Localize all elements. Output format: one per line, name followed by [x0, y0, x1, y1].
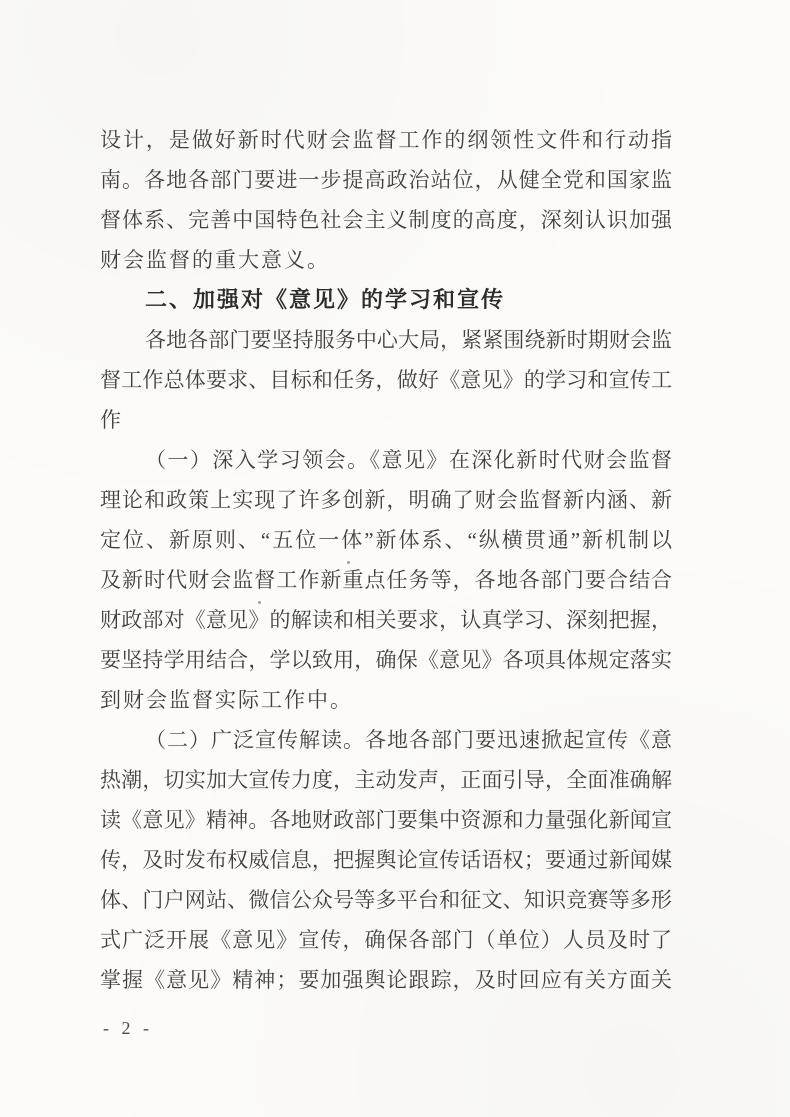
text-line: 读《意见》精神。各地财政部门要集中资源和力量强化新闻宣 — [100, 800, 672, 840]
text-line: 传，及时发布权威信息，把握舆论宣传话语权；要通过新闻媒 — [100, 840, 672, 880]
scan-speck — [258, 601, 261, 604]
text-line: 热潮，切实加大宣传力度，主动发声，正面引导，全面准确解 — [100, 760, 672, 800]
text-line: 体、门户网站、微信公众号等多平台和征文、知识竞赛等多形 — [100, 880, 672, 920]
text-line: 督工作总体要求、目标和任务，做好《意见》的学习和宣传工 — [100, 360, 672, 400]
text-line: 到财会监督实际工作中。 — [100, 680, 672, 720]
section-heading: 二、加强对《意见》的学习和宣传 — [100, 280, 672, 320]
text-line: （二）广泛宣传解读。各地各部门要迅速掀起宣传《意见》 — [100, 720, 672, 760]
scan-speck — [347, 561, 350, 564]
text-line: 各地各部门要坚持服务中心大局，紧紧围绕新时期财会监 — [100, 320, 672, 360]
text-line: 理论和政策上实现了许多创新，明确了财会监督新内涵、新 — [100, 480, 672, 520]
text-line: 要坚持学用结合，学以致用，确保《意见》各项具体规定落实 — [100, 640, 672, 680]
text-line: 设计，是做好新时代财会监督工作的纲领性文件和行动指 — [100, 120, 672, 160]
text-line: 督体系、完善中国特色社会主义制度的高度，深刻认识加强 — [100, 200, 672, 240]
text-line: 南。各地各部门要进一步提高政治站位，从健全党和国家监 — [100, 160, 672, 200]
text-line: （一）深入学习领会。《意见》在深化新时代财会监督 — [100, 440, 672, 480]
text-line: 掌握《意见》精神；要加强舆论跟踪，及时回应有关方面关切， — [100, 960, 672, 1000]
text-line: 财会监督的重大意义。 — [100, 240, 672, 280]
document-text-column: 设计，是做好新时代财会监督工作的纲领性文件和行动指 南。各地各部门要进一步提高政… — [100, 120, 672, 1000]
page-number: - 2 - — [103, 1008, 153, 1048]
text-line: 作 — [100, 400, 672, 440]
text-line: 定位、新原则、“五位一体”新体系、“纵横贯通”新机制以 — [100, 520, 672, 560]
text-line: 式广泛开展《意见》宣传，确保各部门（单位）人员及时了解、 — [100, 920, 672, 960]
text-line: 及新时代财会监督工作新重点任务等，各地各部门要合结合 — [100, 560, 672, 600]
scanned-document-page: 设计，是做好新时代财会监督工作的纲领性文件和行动指 南。各地各部门要进一步提高政… — [0, 0, 790, 1117]
text-line: 财政部对《意见》的解读和相关要求，认真学习、深刻把握， — [100, 600, 672, 640]
